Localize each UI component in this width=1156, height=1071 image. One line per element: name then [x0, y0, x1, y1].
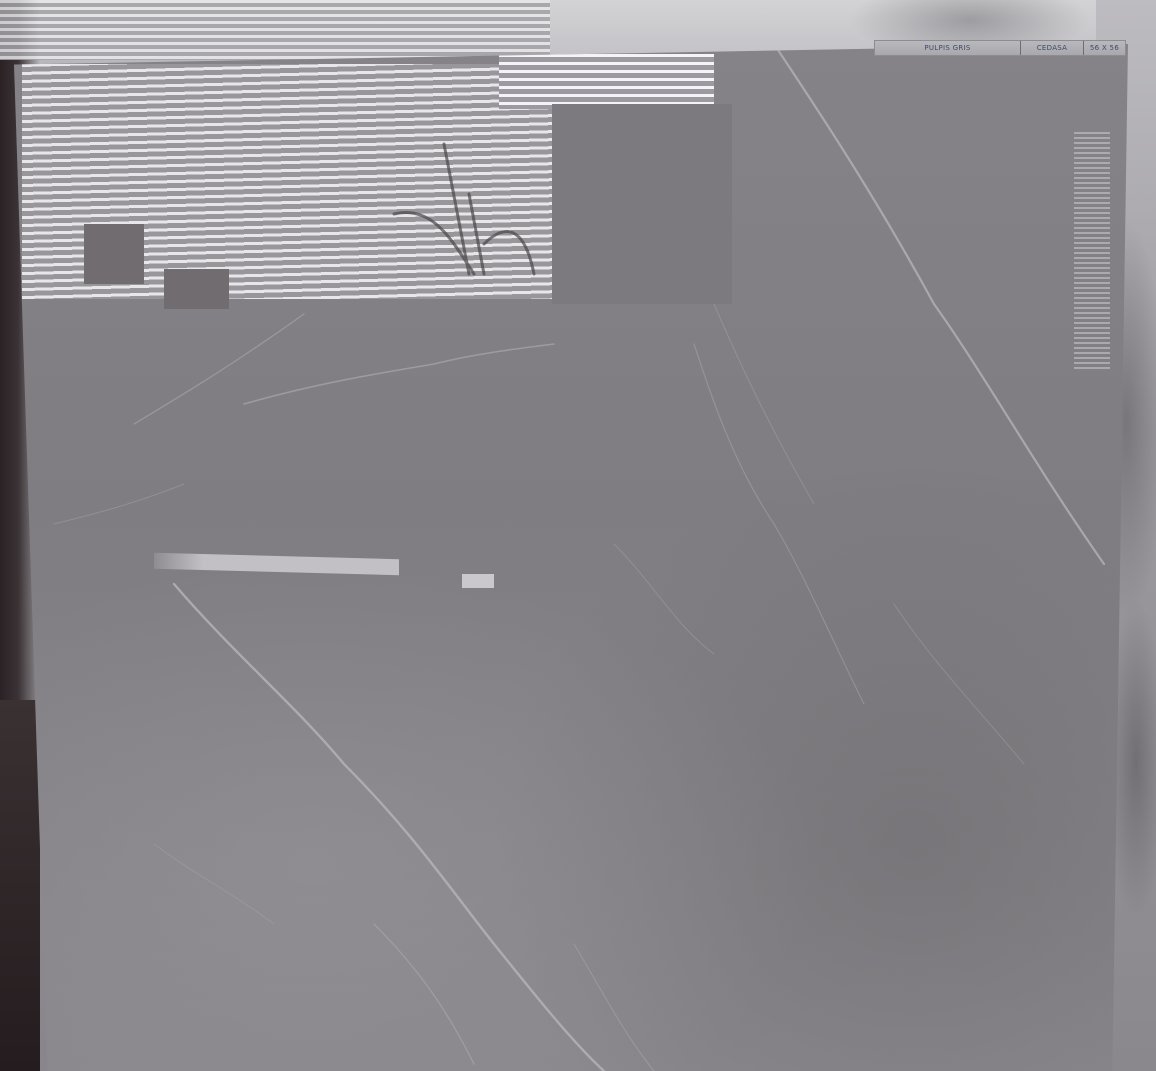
marble-veins: [14, 44, 1128, 1071]
product-label: PULPIS GRIS CEDASA 56 X 56: [874, 40, 1126, 56]
label-product-name: PULPIS GRIS: [875, 41, 1020, 55]
label-brand: CEDASA: [1020, 41, 1083, 55]
porcelain-tile: [14, 44, 1128, 1071]
dark-floor: [0, 700, 40, 1071]
label-size: 56 X 56: [1083, 41, 1125, 55]
background-window-blinds: [0, 0, 550, 60]
